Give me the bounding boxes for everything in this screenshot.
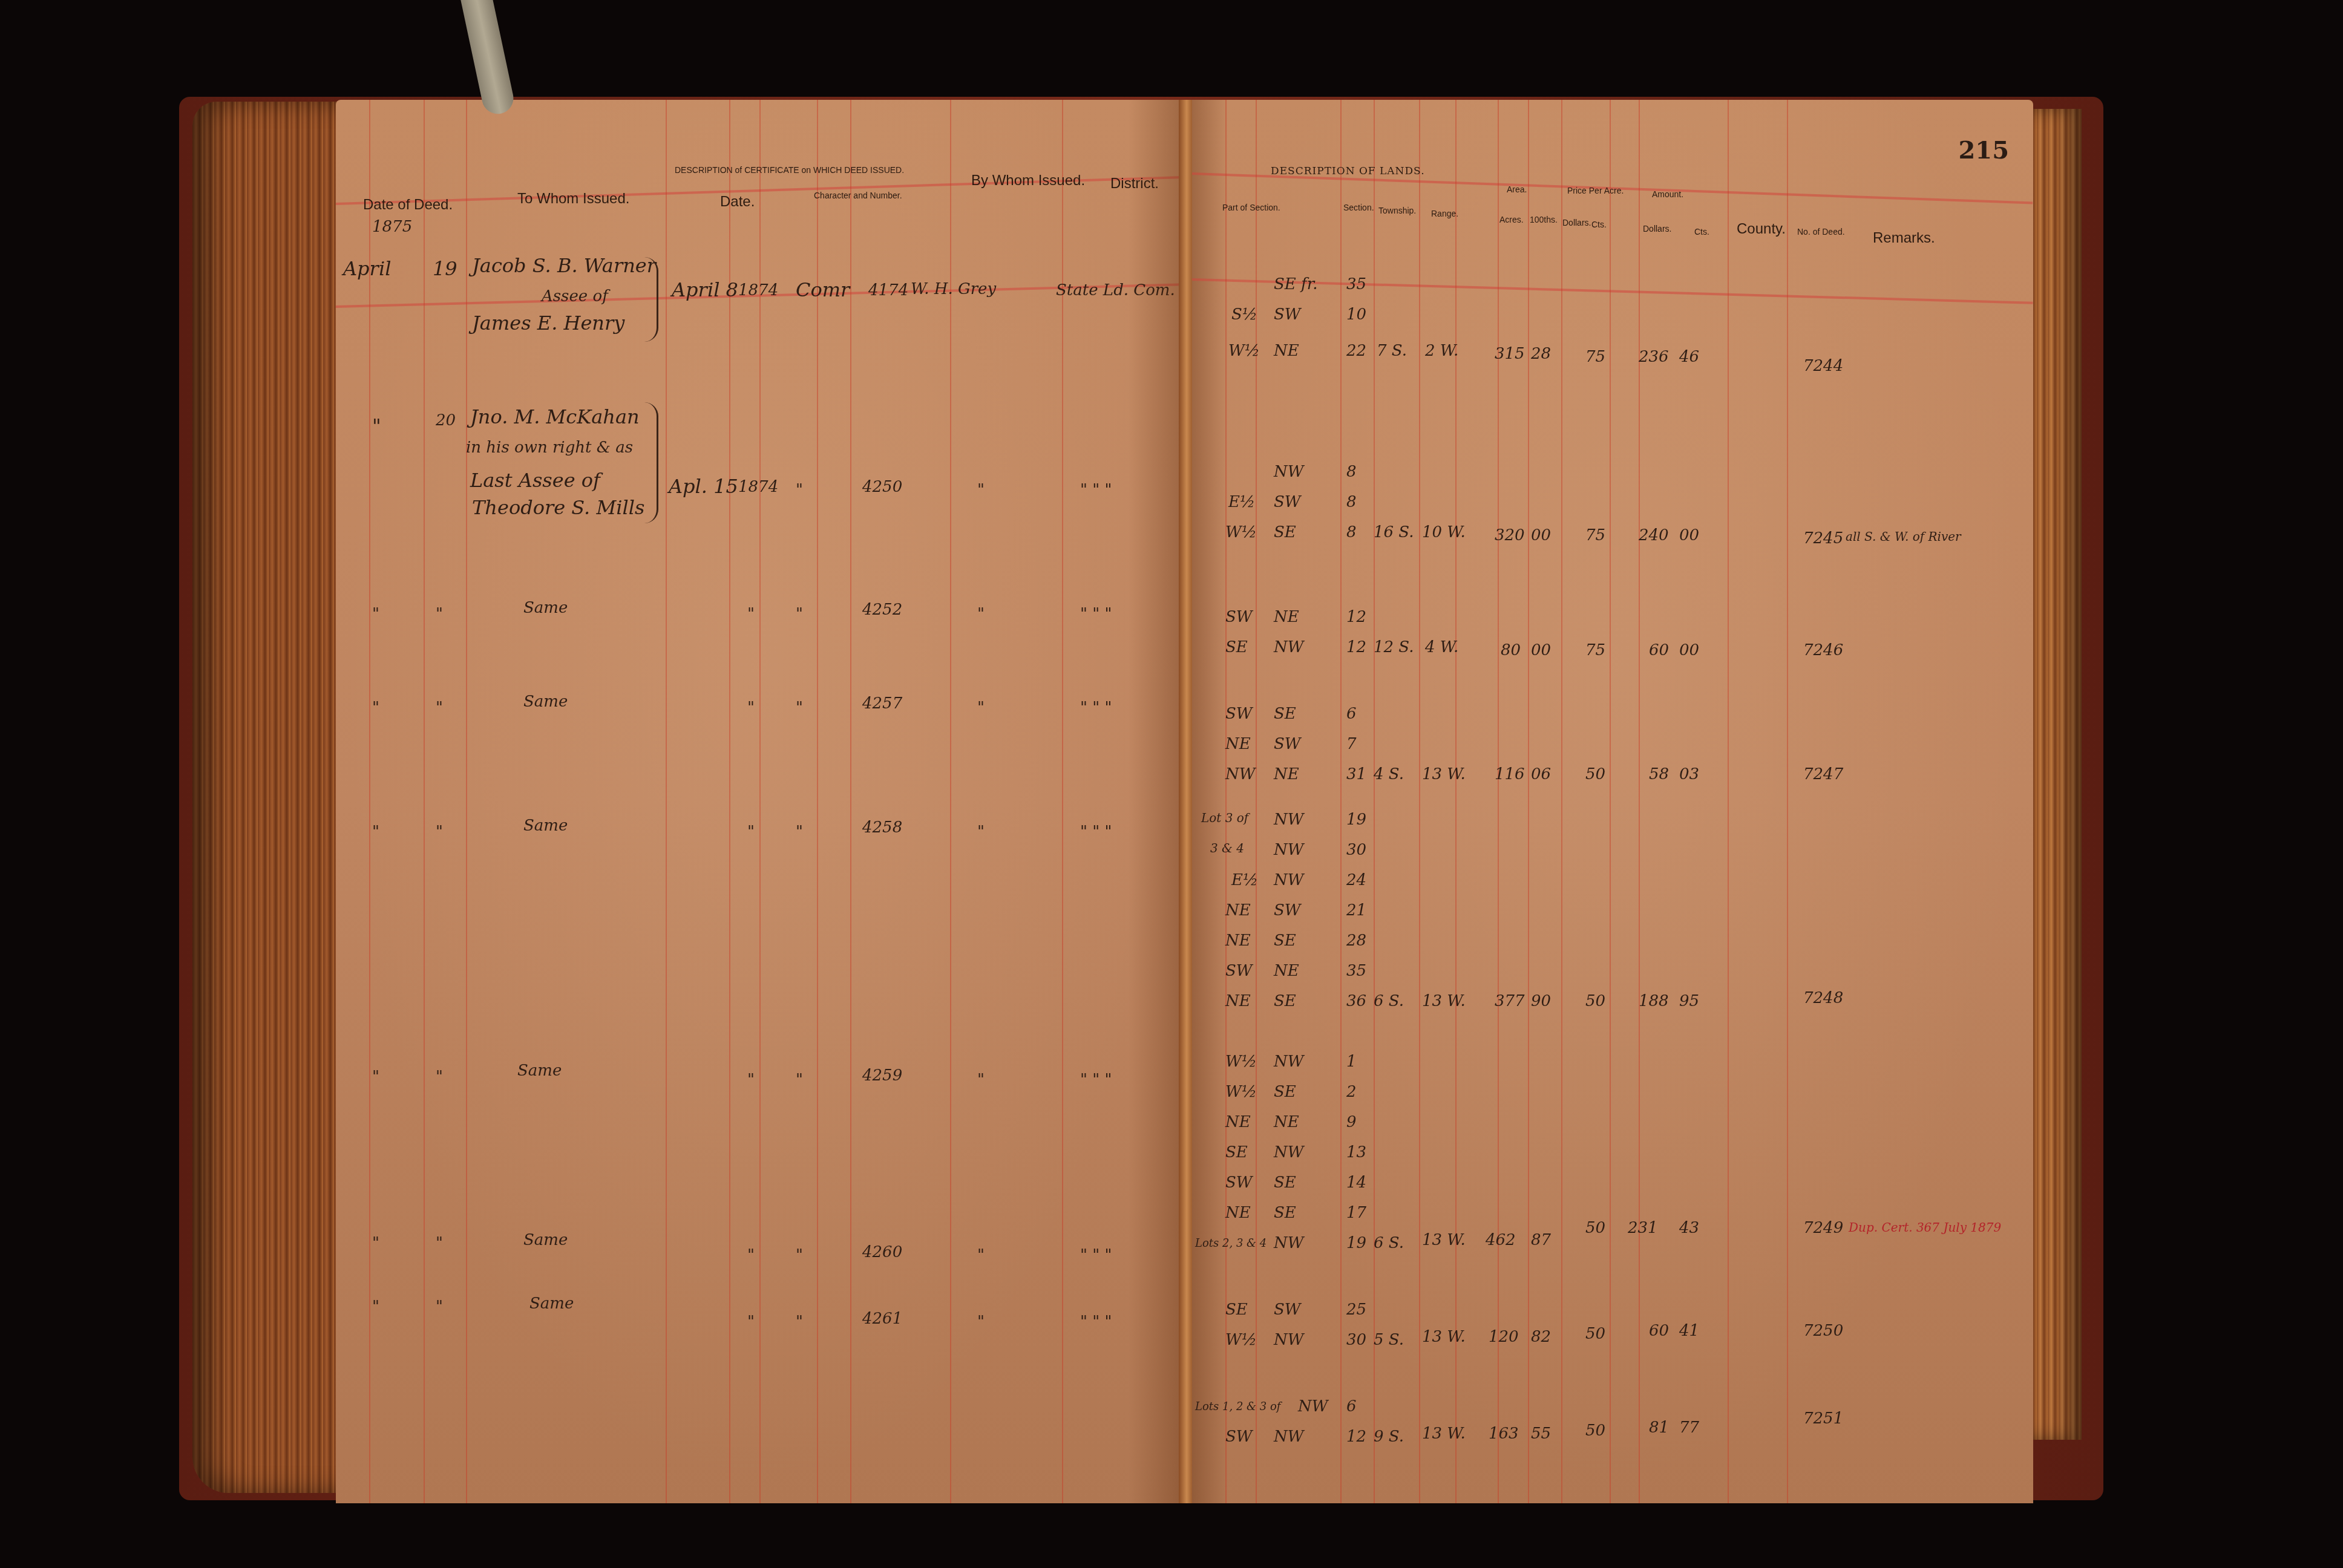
amount-dollars: 60 [1649,641,1669,659]
deed-month: " [372,1068,379,1086]
header-character-number: Character and Number. [814,191,902,200]
township: 16 S. [1374,523,1414,541]
part-of-section: SE [1225,638,1248,656]
price-cents: 50 [1585,1325,1605,1343]
section: 1 [1346,1053,1357,1071]
header-range: Range. [1431,209,1458,218]
brace [644,257,658,342]
col-rule [1528,100,1529,1503]
part-of-section: NE [1225,735,1251,753]
part-of-section: Lots 2, 3 & 4 [1195,1237,1267,1250]
deed-day: " [436,1234,443,1252]
section: 8 [1346,463,1357,481]
section: 12 [1346,608,1366,626]
cert-number: 4259 [862,1067,902,1085]
deed-day: " [436,699,443,717]
part-of-section: NE [1225,1113,1251,1131]
left-page-stack [192,102,350,1493]
grantee-line: Jacob S. B. Warner [472,254,656,277]
section: 6 [1346,705,1357,723]
part-of-section: NE [1225,992,1251,1010]
quarter: SW [1274,735,1301,753]
cert-date: " [747,823,755,841]
section: 12 [1346,638,1366,656]
quarter: NW [1274,1053,1303,1071]
range: 13 W. [1422,992,1466,1010]
header-part-of-section: Part of Section. [1222,203,1280,212]
grantee-line: Same [529,1295,574,1313]
header-bottom-rule [1192,278,2033,304]
part-of-section: NE [1225,932,1251,950]
cert-number: 4174 [868,281,908,299]
part-of-section: Lot 3 of [1201,811,1248,825]
range: 13 W. [1422,765,1466,783]
township: 12 S. [1374,638,1414,656]
cert-number: 4260 [862,1243,902,1261]
part-of-section: SW [1225,962,1253,980]
quarter: NE [1274,962,1299,980]
acres: 116 [1495,765,1525,783]
cert-character: " [796,605,803,623]
header-amount: Amount. [1652,189,1683,199]
deed-day: 20 [436,411,456,430]
quarter: NE [1274,342,1299,360]
part-of-section: SE [1225,1301,1248,1319]
col-rule [1419,100,1420,1503]
quarter: SW [1274,493,1301,511]
header-section: Section. [1343,203,1374,212]
hundredths: 90 [1531,992,1551,1010]
quarter: SE [1274,1174,1296,1192]
deed-month: " [372,605,379,623]
col-rule [1561,100,1562,1503]
district: " " " [1080,1071,1112,1089]
issued-by: " [977,823,985,841]
quarter: SW [1274,305,1301,324]
quarter: NW [1274,1428,1303,1446]
section: 35 [1346,275,1366,293]
part-of-section: 3 & 4 [1210,841,1244,855]
col-rule [729,100,730,1503]
quarter: SE [1274,1204,1296,1222]
grantee-line: Same [517,1062,562,1080]
price-cents: 50 [1585,992,1605,1010]
cert-date: Apl. 15 [669,475,738,498]
header-hundredths: 100ths. [1530,215,1558,224]
quarter: SW [1274,1301,1301,1319]
part-of-section: SW [1225,1428,1253,1446]
township: 6 S. [1374,992,1404,1010]
issued-by: " [977,481,985,499]
section: 2 [1346,1083,1357,1101]
page-number: 215 [1959,136,2010,165]
cert-character: " [796,823,803,841]
district: " " " [1080,699,1112,717]
amount-dollars: 81 [1649,1419,1669,1437]
price-cents: 75 [1585,348,1605,366]
quarter: NW [1274,1331,1303,1349]
section: 12 [1346,1428,1366,1446]
grantee-line: Same [523,599,568,617]
col-rule [666,100,667,1503]
price-cents: 50 [1585,1422,1605,1440]
deed-day: " [436,605,443,623]
deed-number: 7251 [1803,1410,1843,1428]
issued-by: " [977,1313,985,1331]
part-of-section: W½ [1228,342,1260,360]
part-of-section: S½ [1231,305,1257,324]
quarter: SE [1274,932,1296,950]
header-description-of-lands: DESCRIPTION OF LANDS. [1271,165,1425,177]
deed-month: " [372,1234,379,1252]
deed-number: 7248 [1803,989,1843,1007]
cert-number: 4261 [862,1310,902,1328]
grantee-line: in his own right & as [466,439,633,457]
header-district: District. [1110,175,1159,192]
brace [644,402,658,523]
deed-month: April [343,257,391,280]
col-rule [1455,100,1457,1503]
right-page: 215 DESCRIPTION OF LANDS. Part of Sectio… [1192,100,2033,1503]
quarter: NW [1274,811,1303,829]
section: 31 [1346,765,1366,783]
township: 5 S. [1374,1331,1404,1349]
grantee-line: Same [523,693,568,711]
col-rule [369,100,370,1503]
range: 2 W. [1425,342,1458,360]
quarter: NW [1274,841,1303,859]
issued-by: " [977,1071,985,1089]
col-rule [850,100,851,1503]
quarter: SE [1274,705,1296,723]
deed-number: 7249 [1803,1219,1843,1237]
quarter: NW [1298,1397,1328,1416]
grantee-line: Last Assee of [470,469,600,492]
col-rule [466,100,467,1503]
quarter: SE [1274,1083,1296,1101]
col-rule [1225,100,1227,1503]
range: 10 W. [1422,523,1466,541]
section: 6 [1346,1397,1357,1416]
col-rule [1498,100,1499,1503]
header-to-whom-issued: To Whom Issued. [517,191,629,207]
township: 6 S. [1374,1234,1404,1252]
part-of-section: W½ [1225,1053,1257,1071]
amount-cents: 43 [1679,1219,1699,1237]
deed-number: 7250 [1803,1322,1843,1340]
section: 21 [1346,901,1366,920]
header-county: County. [1737,221,1786,238]
cert-year: 1874 [738,281,778,299]
price-cents: 75 [1585,526,1605,544]
section: 8 [1346,493,1357,511]
amount-cents: 95 [1679,992,1699,1010]
amount-cents: 41 [1679,1322,1699,1340]
section: 10 [1346,305,1366,324]
cert-date: April 8 [672,278,738,301]
acres: 320 [1495,526,1525,544]
acres: 377 [1495,992,1525,1010]
section: 35 [1346,962,1366,980]
grantee-line: Same [523,1231,568,1249]
amount-dollars: 188 [1639,992,1669,1010]
range: 13 W. [1422,1425,1466,1443]
quarter: NW [1274,1143,1303,1161]
book-photo: Date of Deed. 1875 To Whom Issued. DESCR… [0,0,2343,1568]
section: 7 [1346,735,1357,753]
deed-number: 7247 [1803,765,1843,783]
quarter: NW [1274,1234,1303,1252]
cert-character: " [796,481,803,499]
deed-month: " [372,823,379,841]
cert-character: Comr [796,278,850,301]
part-of-section: SW [1225,1174,1253,1192]
header-no-of-deed: No. of Deed. [1797,227,1845,237]
cert-date: " [747,1071,755,1089]
section: 25 [1346,1301,1366,1319]
header-cert-date: Date. [720,194,755,211]
hundredths: 00 [1531,641,1551,659]
grantee-line: Assee of [542,287,608,305]
deed-day: 19 [433,257,457,280]
col-rule [1340,100,1342,1503]
hundredths: 82 [1531,1328,1551,1346]
section: 9 [1346,1113,1357,1131]
col-rule [1728,100,1729,1503]
part-of-section: NE [1225,1204,1251,1222]
district: State Ld. Com. [1056,281,1175,299]
hundredths: 55 [1531,1425,1551,1443]
col-rule [1610,100,1611,1503]
district: " " " [1080,605,1112,623]
grantee-line: James E. Henry [472,312,624,335]
quarter: NE [1274,608,1299,626]
quarter: SE fr. [1274,275,1318,293]
acres: 462 [1486,1231,1516,1249]
hundredths: 06 [1531,765,1551,783]
header-date-of-deed: Date of Deed. [363,197,453,214]
price-cents: 50 [1585,1219,1605,1237]
amount-dollars: 58 [1649,765,1669,783]
section: 19 [1346,1234,1366,1252]
amount-dollars: 240 [1639,526,1669,544]
deed-number: 7245 [1803,529,1843,547]
deed-month: " [372,699,379,717]
cert-number: 4250 [862,478,902,496]
header-amount-dollars: Dollars. [1643,224,1671,234]
section: 13 [1346,1143,1366,1161]
acres: 80 [1501,641,1521,659]
quarter: SE [1274,992,1296,1010]
header-township: Township. [1378,206,1416,215]
grantee-line: Jno. M. McKahan [470,405,640,428]
deed-month: " [372,1298,379,1316]
part-of-section: E½ [1228,493,1255,511]
grantee-line: Theodore S. Mills [472,496,644,519]
section: 30 [1346,841,1366,859]
header-area: Area. [1507,185,1527,194]
header-price-per-acre: Price Per Acre. [1567,186,1624,195]
col-rule [759,100,761,1503]
range: 13 W. [1422,1328,1466,1346]
section: 36 [1346,992,1366,1010]
quarter: NE [1274,1113,1299,1131]
col-rule [424,100,425,1503]
amount-dollars: 231 [1628,1219,1658,1237]
section: 17 [1346,1204,1366,1222]
district: " " " [1080,823,1112,841]
cert-character: " [796,1071,803,1089]
issued-by: " [977,699,985,717]
quarter: SE [1274,523,1296,541]
quarter: NW [1274,638,1303,656]
section: 14 [1346,1174,1366,1192]
cert-number: 4258 [862,818,902,837]
issued-by: " [977,1246,985,1264]
hundredths: 00 [1531,526,1551,544]
header-acres: Acres. [1499,215,1524,224]
township: 4 S. [1374,765,1404,783]
range: 13 W. [1422,1231,1466,1249]
col-rule [817,100,818,1503]
col-rule [1062,100,1063,1503]
header-amount-cts: Cts. [1694,227,1709,237]
part-of-section: SW [1225,608,1253,626]
part-of-section: E½ [1231,871,1258,889]
header-price-cts: Cts. [1591,220,1607,229]
remark-red-ink: Dup. Cert. 367 July 1879 [1849,1220,2001,1235]
part-of-section: Lots 1, 2 & 3 of [1195,1400,1280,1413]
cert-date: " [747,1246,755,1264]
header-by-whom-issued: By Whom Issued. [971,172,1085,189]
quarter: NW [1274,463,1303,481]
price-cents: 50 [1585,765,1605,783]
part-of-section: W½ [1225,523,1257,541]
amount-dollars: 60 [1649,1322,1669,1340]
part-of-section: W½ [1225,1331,1257,1349]
acres: 163 [1489,1425,1519,1443]
district: " " " [1080,481,1112,499]
part-of-section: NE [1225,901,1251,920]
acres: 315 [1495,345,1525,363]
col-rule [950,100,951,1503]
deed-day: " [436,1298,443,1316]
quarter: SW [1274,901,1301,920]
deed-number: 7244 [1803,357,1843,375]
part-of-section: SE [1225,1143,1248,1161]
hundredths: 28 [1531,345,1551,363]
header-certificate-group: DESCRIPTION of CERTIFICATE on WHICH DEED… [675,165,904,175]
hundredths: 87 [1531,1231,1551,1249]
part-of-section: NW [1225,765,1255,783]
amount-cents: 77 [1679,1419,1699,1437]
deed-day: " [436,1068,443,1086]
section: 30 [1346,1331,1366,1349]
district: " " " [1080,1313,1112,1331]
acres: 120 [1489,1328,1519,1346]
part-of-section: W½ [1225,1083,1257,1101]
district: " " " [1080,1246,1112,1264]
section: 28 [1346,932,1366,950]
amount-cents: 03 [1679,765,1699,783]
header-price-dollars: Dollars. [1562,218,1591,227]
section: 8 [1346,523,1357,541]
cert-character: " [796,1313,803,1331]
col-rule [1787,100,1788,1503]
cert-date: " [747,1313,755,1331]
township: 9 S. [1374,1428,1404,1446]
deed-number: 7246 [1803,641,1843,659]
amount-cents: 00 [1679,526,1699,544]
issued-by: W. H. Grey [911,280,996,298]
quarter: NE [1274,765,1299,783]
range: 4 W. [1425,638,1458,656]
remark: all S. & W. of River [1846,529,1961,544]
issued-by: " [977,605,985,623]
header-remarks: Remarks. [1873,230,1935,247]
header-year: 1875 [372,218,412,236]
cert-date: " [747,605,755,623]
section: 24 [1346,871,1366,889]
amount-cents: 00 [1679,641,1699,659]
cert-year: 1874 [738,478,778,496]
cert-number: 4257 [862,694,902,713]
col-rule [1639,100,1640,1503]
cert-date: " [747,699,755,717]
section: 22 [1346,342,1366,360]
cert-number: 4252 [862,601,902,619]
amount-cents: 46 [1679,348,1699,366]
amount-dollars: 236 [1639,348,1669,366]
left-page: Date of Deed. 1875 To Whom Issued. DESCR… [336,100,1183,1503]
grantee-line: Same [523,817,568,835]
quarter: NW [1274,871,1303,889]
col-rule [1374,100,1375,1503]
cert-character: " [796,699,803,717]
deed-day: " [436,823,443,841]
price-cents: 75 [1585,641,1605,659]
part-of-section: SW [1225,705,1253,723]
township: 7 S. [1377,342,1407,360]
deed-month: " [372,414,381,437]
section: 19 [1346,811,1366,829]
cert-character: " [796,1246,803,1264]
